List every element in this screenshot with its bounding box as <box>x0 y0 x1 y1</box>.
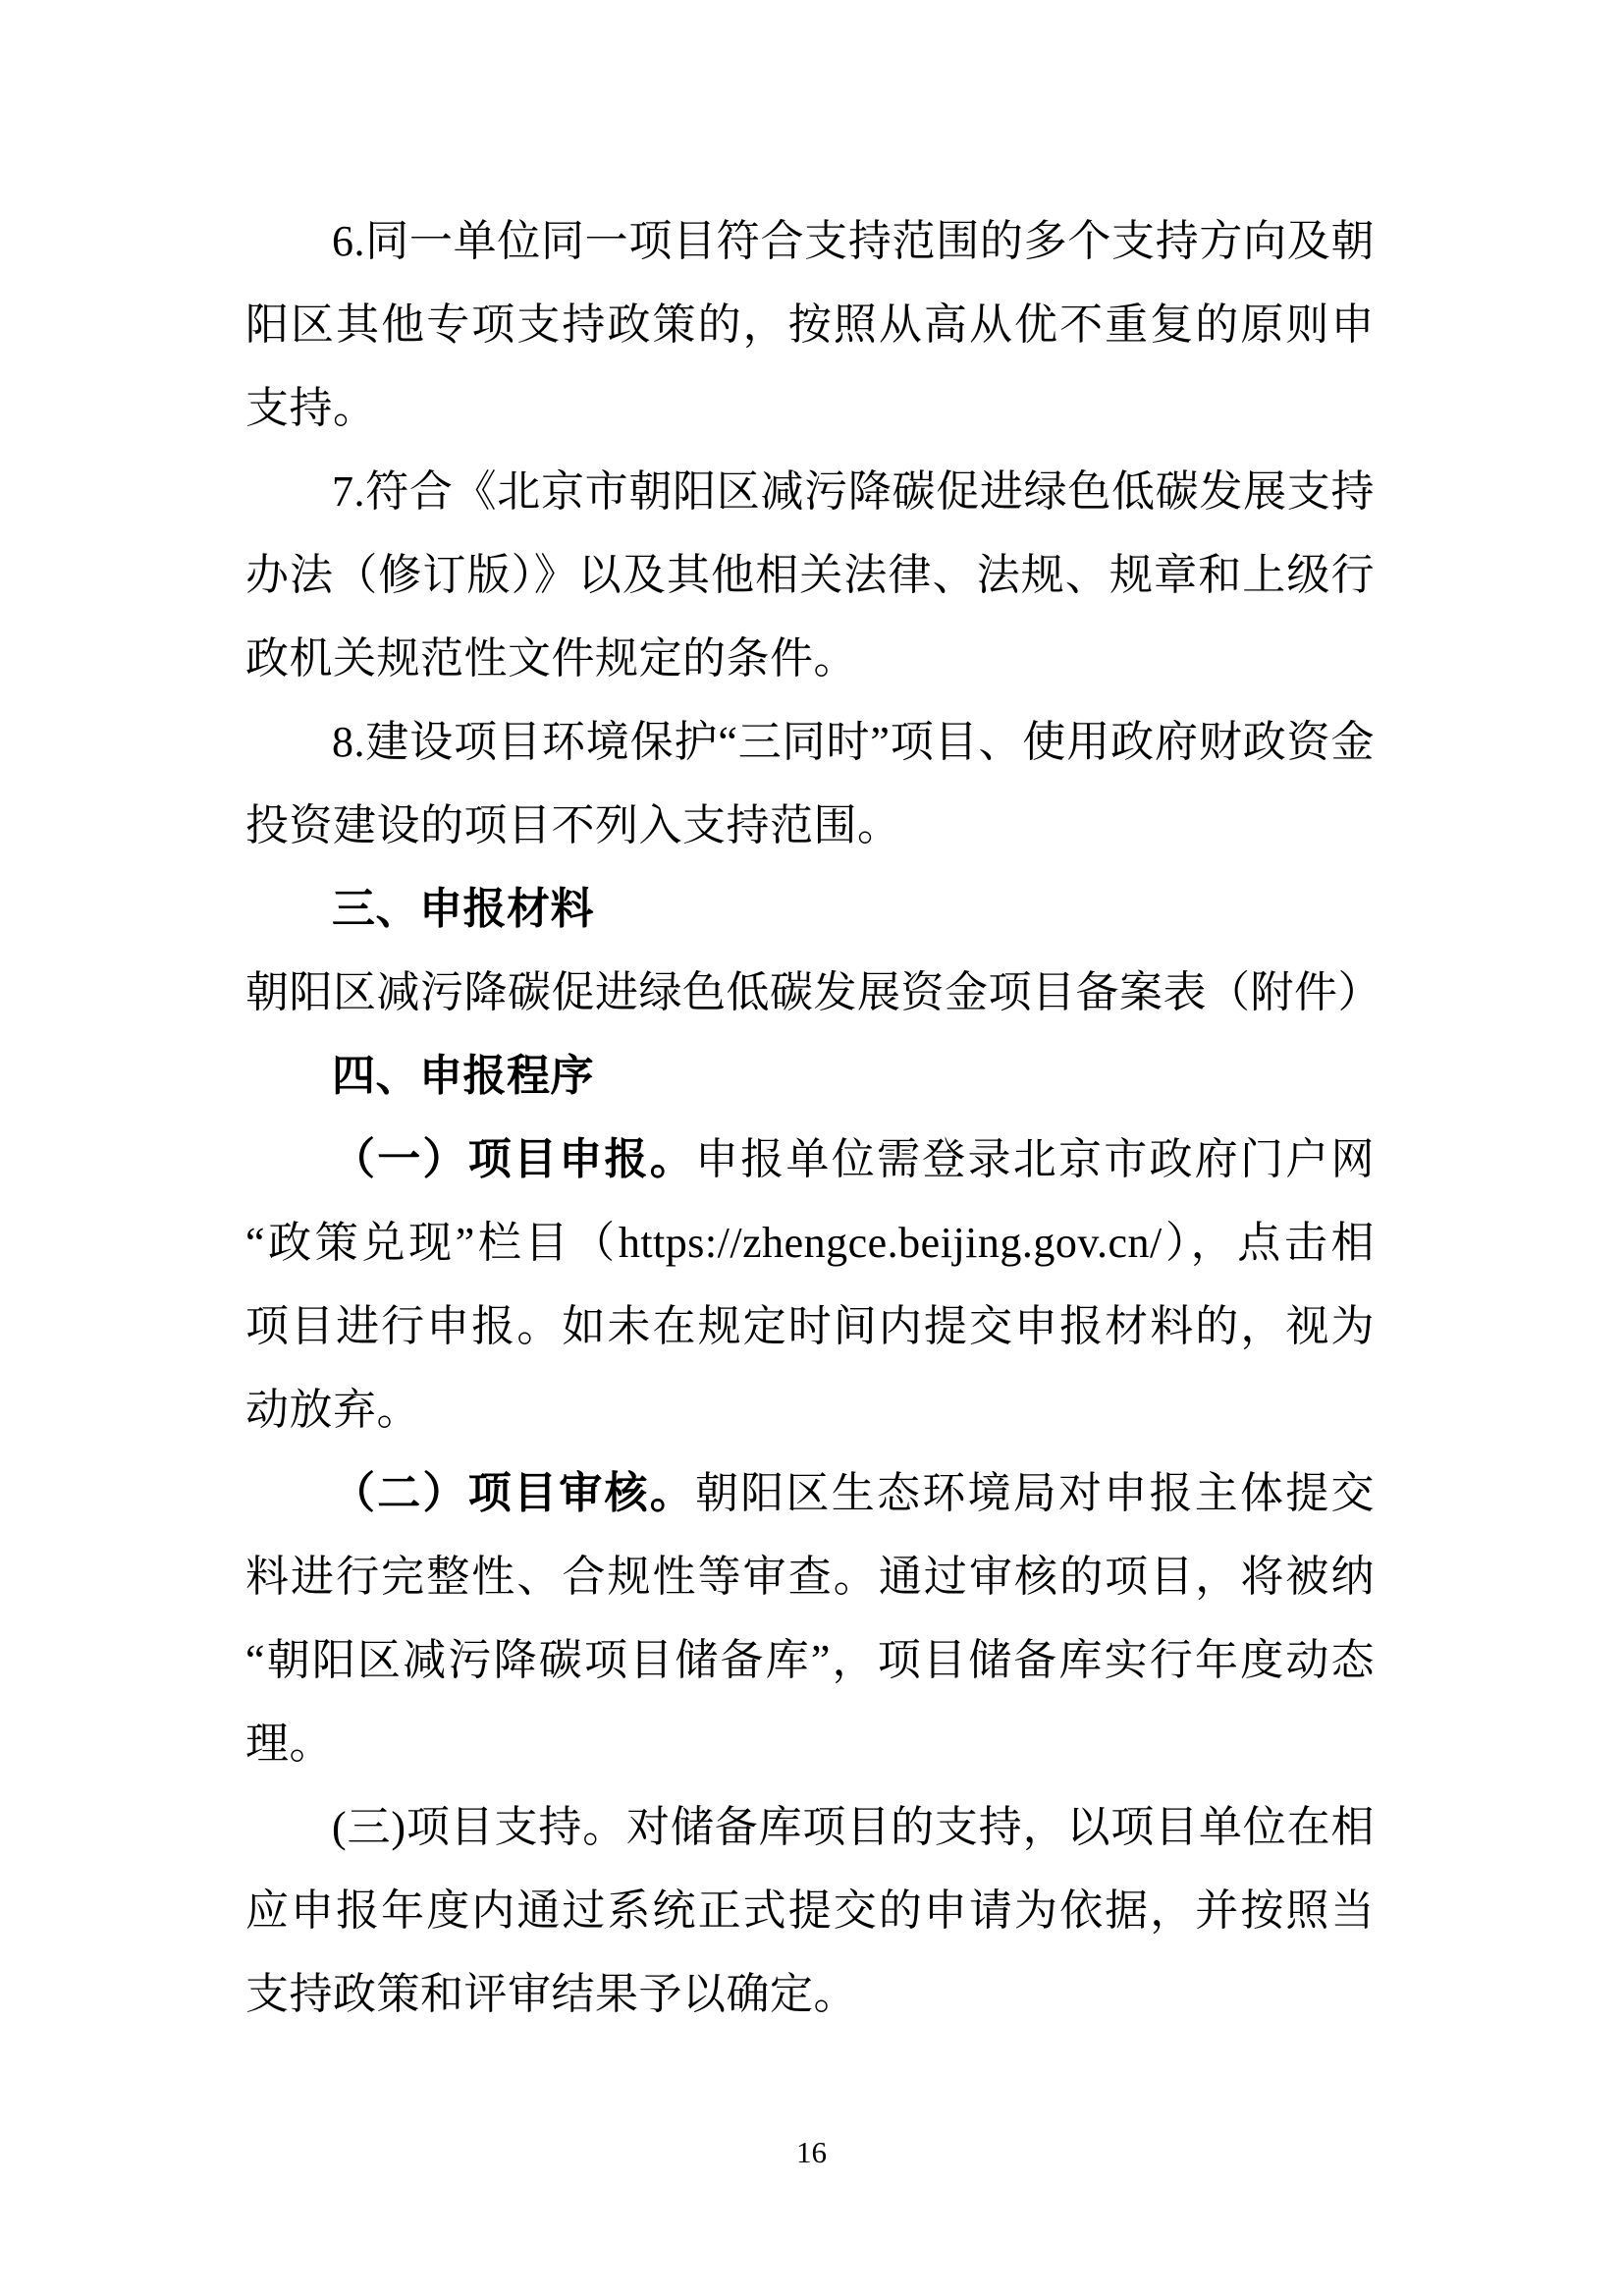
paragraph-8-line-2: 投资建设的项目不列入支持范围。 <box>245 784 1375 867</box>
line-text: 应申报年度内通过系统正式提交的申请为依据，并按照当年 <box>245 1886 1375 1952</box>
document-body: 6.同一单位同一项目符合支持范围的多个支持方向及朝 阳区其他专项支持政策的，按照… <box>245 199 1375 2036</box>
line-text: 6.同一单位同一项目符合支持范围的多个支持方向及朝 <box>332 217 1375 265</box>
section-heading-4: 四、申报程序 <box>245 1034 1375 1118</box>
paragraph-7-line-3: 政机关规范性文件规定的条件。 <box>245 617 1375 700</box>
page-number: 16 <box>0 2133 1623 2172</box>
item-1-line-1: （一）项目申报。申报单位需登录北京市政府门户网站 <box>245 1118 1375 1201</box>
item-1-line-2: “政策兑现”栏目（https://zhengce.beijing.gov.cn/… <box>245 1201 1375 1285</box>
line-text: 料进行完整性、合规性等审查。通过审核的项目，将被纳入 <box>245 1553 1375 1618</box>
item-2-line-3: “朝阳区减污降碳项目储备库”，项目储备库实行年度动态管 <box>245 1618 1375 1702</box>
item-2-line-1: （二）项目审核。朝阳区生态环境局对申报主体提交材 <box>245 1451 1375 1535</box>
paragraph-6-line-2: 阳区其他专项支持政策的，按照从高从优不重复的原则申请 <box>245 283 1375 366</box>
item-2-bold-lead: （二）项目审核。 <box>332 1469 695 1517</box>
line-text: 8.建设项目环境保护“三同时”项目、使用政府财政资金 <box>332 718 1375 766</box>
paragraph-7-line-1: 7.符合《北京市朝阳区减污降碳促进绿色低碳发展支持 <box>245 450 1375 533</box>
line-text: 7.符合《北京市朝阳区减污降碳促进绿色低碳发展支持 <box>332 467 1375 516</box>
paragraph-6-line-1: 6.同一单位同一项目符合支持范围的多个支持方向及朝 <box>245 199 1375 283</box>
item-2-line-4: 理。 <box>245 1702 1375 1785</box>
line-text: “政策兑现”栏目（https://zhengce.beijing.gov.cn/… <box>245 1219 1375 1285</box>
item-1-bold-lead: （一）项目申报。 <box>332 1135 695 1183</box>
line-text: 动放弃。 <box>245 1386 420 1434</box>
paragraph-6-line-3: 支持。 <box>245 366 1375 450</box>
line-text: (三)项目支持。对储备库项目的支持，以项目单位在相 <box>332 1803 1375 1851</box>
item-3-line-1: (三)项目支持。对储备库项目的支持，以项目单位在相 <box>245 1785 1375 1869</box>
line-text: 政机关规范性文件规定的条件。 <box>245 634 857 683</box>
item-1-line-4: 动放弃。 <box>245 1368 1375 1451</box>
line-text: 支持。 <box>245 384 377 432</box>
item-3-line-3: 支持政策和评审结果予以确定。 <box>245 1952 1375 2036</box>
attachment-reference-line: 朝阳区减污降碳促进绿色低碳发展资金项目备案表（附件） <box>245 951 1375 1034</box>
heading-text: 三、申报材料 <box>332 885 594 933</box>
line-text: 理。 <box>245 1720 333 1768</box>
line-text: 阳区其他专项支持政策的，按照从高从优不重复的原则申请 <box>245 301 1375 366</box>
item-1-line-3: 项目进行申报。如未在规定时间内提交申报材料的，视为自 <box>245 1285 1375 1368</box>
paragraph-8-line-1: 8.建设项目环境保护“三同时”项目、使用政府财政资金 <box>245 700 1375 784</box>
paragraph-7-line-2: 办法（修订版）》以及其他相关法律、法规、规章和上级行 <box>245 533 1375 617</box>
line-text: 项目进行申报。如未在规定时间内提交申报材料的，视为自 <box>245 1302 1375 1368</box>
line-text: “朝阳区减污降碳项目储备库”，项目储备库实行年度动态管 <box>245 1636 1375 1702</box>
line-text: 朝阳区减污降碳促进绿色低碳发展资金项目备案表（附件） <box>245 968 1375 1016</box>
heading-text: 四、申报程序 <box>332 1052 594 1100</box>
line-text: 支持政策和评审结果予以确定。 <box>245 1970 857 2018</box>
line-text: 办法（修订版）》以及其他相关法律、法规、规章和上级行 <box>245 551 1375 599</box>
item-2-line-2: 料进行完整性、合规性等审查。通过审核的项目，将被纳入 <box>245 1535 1375 1618</box>
document-page: 6.同一单位同一项目符合支持范围的多个支持方向及朝 阳区其他专项支持政策的，按照… <box>0 0 1623 2296</box>
line-text: 投资建设的项目不列入支持范围。 <box>245 801 901 849</box>
item-3-line-2: 应申报年度内通过系统正式提交的申请为依据，并按照当年 <box>245 1869 1375 1952</box>
section-heading-3: 三、申报材料 <box>245 867 1375 951</box>
